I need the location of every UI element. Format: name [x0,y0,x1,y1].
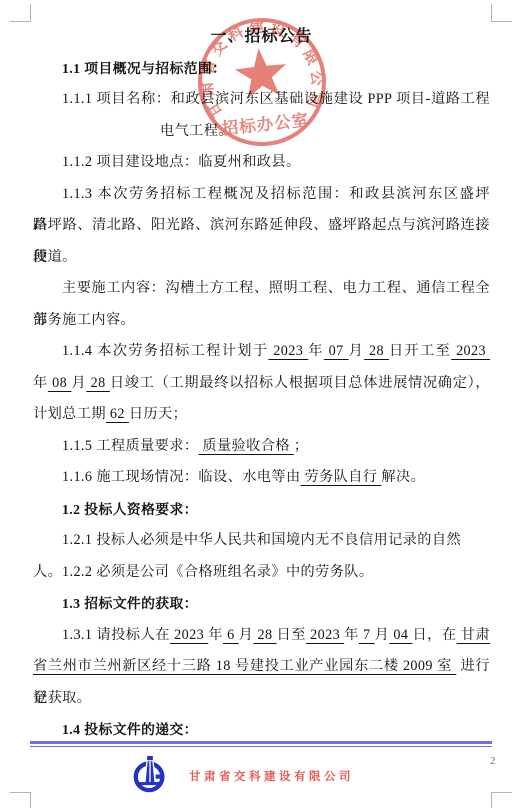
para-1-1-3-line-3: 便道。 [33,242,490,274]
para-main-content-line-2: 劳务施工内容。 [33,305,490,337]
footer-company-name: 甘肃省交科建设有限公司 [189,768,354,784]
crop-mark-bottom-left-icon [10,792,31,808]
section-1-2-heading: 1.2 投标人资格要求： [33,494,490,526]
company-logo-icon [131,754,169,794]
para-1-1-6: 1.1.6 施工现场情况：临设、水电等由 劳务队自行 解决。 [33,462,490,494]
document-page: 一、招标公告1.1 项目概况与招标范围：1.1.1 项目名称：和政县滨河东区基础… [0,0,522,808]
para-1-1-4-line-2: 年 08 月 28 日竣工（工期最终以招标人根据项目总体进展情况确定）， [33,368,490,400]
para-1-3-1-line-1: 1.3.1 请投标人在 2023 年 6 月 28 日至 2023 年 7 月 … [33,620,490,652]
para-1-1-2: 1.1.2 项目建设地点：临夏州和政县。 [33,147,490,179]
document-body: 一、招标公告1.1 项目概况与招标范围：1.1.1 项目名称：和政县滨河东区基础… [33,21,490,746]
para-1-1-4-line-1: 1.1.4 本次劳务招标工程计划于 2023 年 07 月 28 日开工至 20… [33,336,490,368]
section-1-1-heading: 1.1 项目概况与招标范围： [33,53,490,85]
para-1-2-1: 1.2.1 投标人必须是中华人民共和国境内无不良信用记录的自然人。 [33,525,490,557]
page-number: 2 [490,755,496,767]
para-1-3-1-line-2: 省兰州市兰州新区经十三路 18 号建投工业产业园东二楼 2009 室 进行登 [33,651,490,683]
para-1-3-1-line-3: 记获取。 [33,683,490,715]
crop-mark-bottom-right-icon [491,792,512,808]
para-1-1-1-line-1: 1.1.1 项目名称：和政县滨河东区基础设施建设 PPP 项目-道路工程 [33,84,490,116]
crop-mark-top-left-icon [10,4,31,22]
para-1-1-4-line-3: 计划总工期 62 日历天； [33,399,490,431]
para-1-1-3-line-1: 1.1.3 本次劳务招标工程概况及招标范围：和政县滨河东区盛坪路、 [33,179,490,211]
section-1-3-heading: 1.3 招标文件的获取： [33,588,490,620]
para-1-1-3-line-2: 昌坪路、清北路、阳光路、滨河东路延伸段、盛坪路起点与滨河路连接段 [33,210,490,242]
crop-mark-top-right-icon [491,4,512,22]
para-1-2-2: 1.2.2 必须是公司《合格班组名录》中的劳务队。 [33,557,490,589]
para-main-content-line-1: 主要施工内容：沟槽土方工程、照明工程、电力工程、通信工程全部 [33,273,490,305]
footer-divider [30,741,492,747]
doc-title: 一、招标公告 [33,21,490,53]
para-1-1-1-line-2: 电气工程。 [33,116,490,148]
para-1-1-5: 1.1.5 工程质量要求： 质量验收合格 ； [33,431,490,463]
